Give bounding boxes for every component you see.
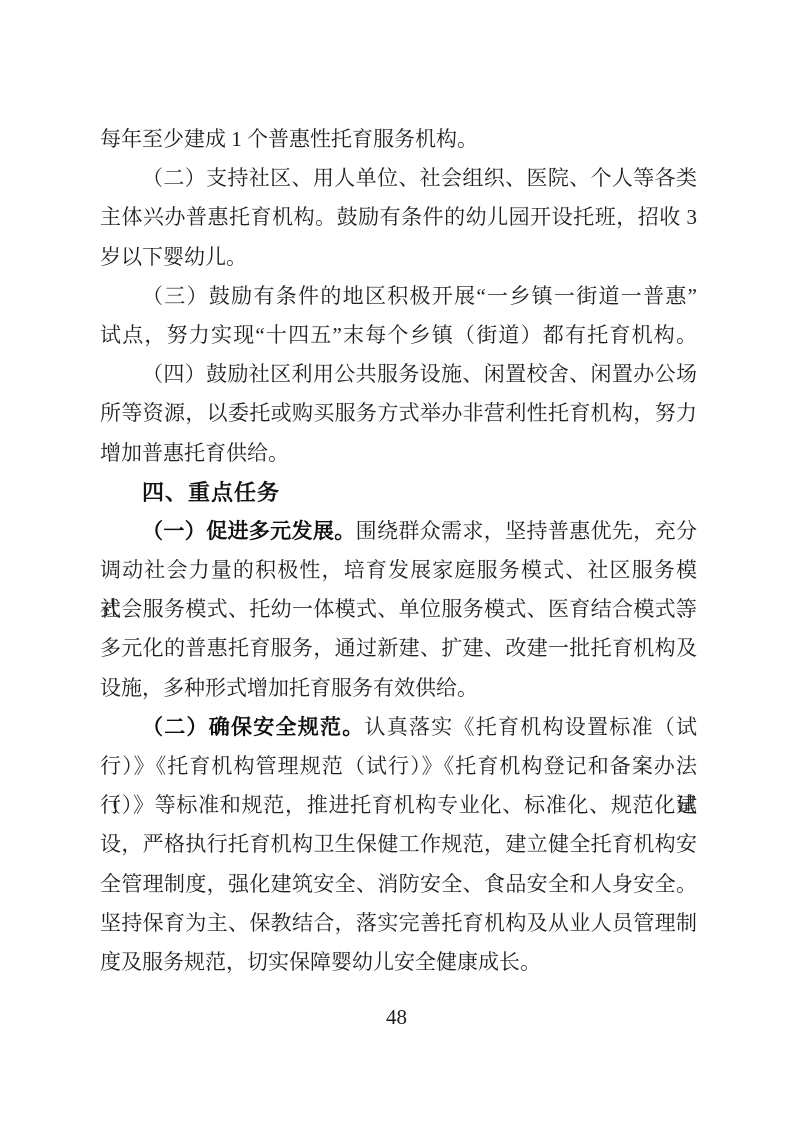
text-segment: （二）支持社区、用人单位、社会组织、医院、个人等各类 bbox=[142, 166, 697, 190]
text-segment: （三）鼓励有条件的地区积极开展“一乡镇一街道一普惠” bbox=[142, 284, 697, 308]
text-line: 行）》等标准和规范，推进托育机构专业化、标准化、规范化建 bbox=[100, 786, 697, 825]
text-line: （二）确保安全规范。认真落实《托育机构设置标准（试 bbox=[100, 708, 697, 747]
section-heading: 四、重点任务 bbox=[100, 473, 697, 512]
text-line: 全管理制度，强化建筑安全、消防安全、食品安全和人身安全。 bbox=[100, 865, 697, 904]
text-segment: 设施，多种形式增加托育服务有效供给。 bbox=[100, 676, 478, 700]
text-line: 主体兴办普惠托育机构。鼓励有条件的幼儿园开设托班，招收 3 bbox=[100, 198, 697, 237]
text-segment: 增加普惠托育供给。 bbox=[100, 441, 289, 465]
bold-lead-text: （一）促进多元发展。 bbox=[142, 519, 356, 543]
text-segment: 全管理制度，强化建筑安全、消防安全、食品安全和人身安全。 bbox=[100, 872, 697, 896]
text-segment: 认真落实《托育机构设置标准（试 bbox=[365, 715, 698, 739]
text-segment: 设，严格执行托育机构卫生保健工作规范，建立健全托育机构安 bbox=[100, 832, 697, 856]
text-line: 增加普惠托育供给。 bbox=[100, 434, 697, 473]
text-line: （二）支持社区、用人单位、社会组织、医院、个人等各类 bbox=[100, 159, 697, 198]
text-segment: 每年至少建成 1 个普惠性托育服务机构。 bbox=[100, 127, 478, 151]
text-line: （三）鼓励有条件的地区积极开展“一乡镇一街道一普惠” bbox=[100, 277, 697, 316]
page-number: 48 bbox=[0, 1005, 793, 1030]
text-line: 度及服务规范，切实保障婴幼儿安全健康成长。 bbox=[100, 943, 697, 982]
text-segment: 多元化的普惠托育服务，通过新建、扩建、改建一批托育机构及 bbox=[100, 636, 697, 660]
document-page: 每年至少建成 1 个普惠性托育服务机构。（二）支持社区、用人单位、社会组织、医院… bbox=[0, 0, 793, 1122]
text-line: 行）》《托育机构管理规范（试行）》《托育机构登记和备案办法（试 bbox=[100, 747, 697, 786]
text-line: 所等资源，以委托或购买服务方式举办非营利性托育机构，努力 bbox=[100, 394, 697, 433]
text-line: 岁以下婴幼儿。 bbox=[100, 238, 697, 277]
text-line: （一）促进多元发展。围绕群众需求，坚持普惠优先，充分 bbox=[100, 512, 697, 551]
text-line: 设，严格执行托育机构卫生保健工作规范，建立健全托育机构安 bbox=[100, 825, 697, 864]
text-segment: 围绕群众需求，坚持普惠优先，充分 bbox=[356, 519, 697, 543]
text-segment: 主体兴办普惠托育机构。鼓励有条件的幼儿园开设托班，招收 3 bbox=[100, 205, 697, 229]
text-segment: （四）鼓励社区利用公共服务设施、闲置校舍、闲置办公场 bbox=[142, 362, 697, 386]
text-segment: 社会服务模式、托幼一体模式、单位服务模式、医育结合模式等 bbox=[100, 597, 697, 621]
bold-lead-text: （二）确保安全规范。 bbox=[142, 715, 365, 739]
text-line: 每年至少建成 1 个普惠性托育服务机构。 bbox=[100, 120, 697, 159]
text-segment: 坚持保育为主、保教结合，落实完善托育机构及从业人员管理制 bbox=[100, 911, 697, 935]
text-line: 设施，多种形式增加托育服务有效供给。 bbox=[100, 669, 697, 708]
text-line: 调动社会力量的积极性，培育发展家庭服务模式、社区服务模式、 bbox=[100, 551, 697, 590]
text-line: 坚持保育为主、保教结合，落实完善托育机构及从业人员管理制 bbox=[100, 904, 697, 943]
text-line: 社会服务模式、托幼一体模式、单位服务模式、医育结合模式等 bbox=[100, 590, 697, 629]
text-segment: 四、重点任务 bbox=[142, 480, 280, 505]
text-line: 多元化的普惠托育服务，通过新建、扩建、改建一批托育机构及 bbox=[100, 629, 697, 668]
text-line: 试点，努力实现“十四五”末每个乡镇（街道）都有托育机构。 bbox=[100, 316, 697, 355]
text-segment: 行）》等标准和规范，推进托育机构专业化、标准化、规范化建 bbox=[100, 793, 697, 817]
text-line: （四）鼓励社区利用公共服务设施、闲置校舍、闲置办公场 bbox=[100, 355, 697, 394]
text-segment: 所等资源，以委托或购买服务方式举办非营利性托育机构，努力 bbox=[100, 401, 697, 425]
text-segment: 试点，努力实现“十四五”末每个乡镇（街道）都有托育机构。 bbox=[100, 323, 697, 347]
text-segment: 岁以下婴幼儿。 bbox=[100, 245, 247, 269]
text-segment: 度及服务规范，切实保障婴幼儿安全健康成长。 bbox=[100, 950, 541, 974]
document-body: 每年至少建成 1 个普惠性托育服务机构。（二）支持社区、用人单位、社会组织、医院… bbox=[100, 120, 697, 982]
